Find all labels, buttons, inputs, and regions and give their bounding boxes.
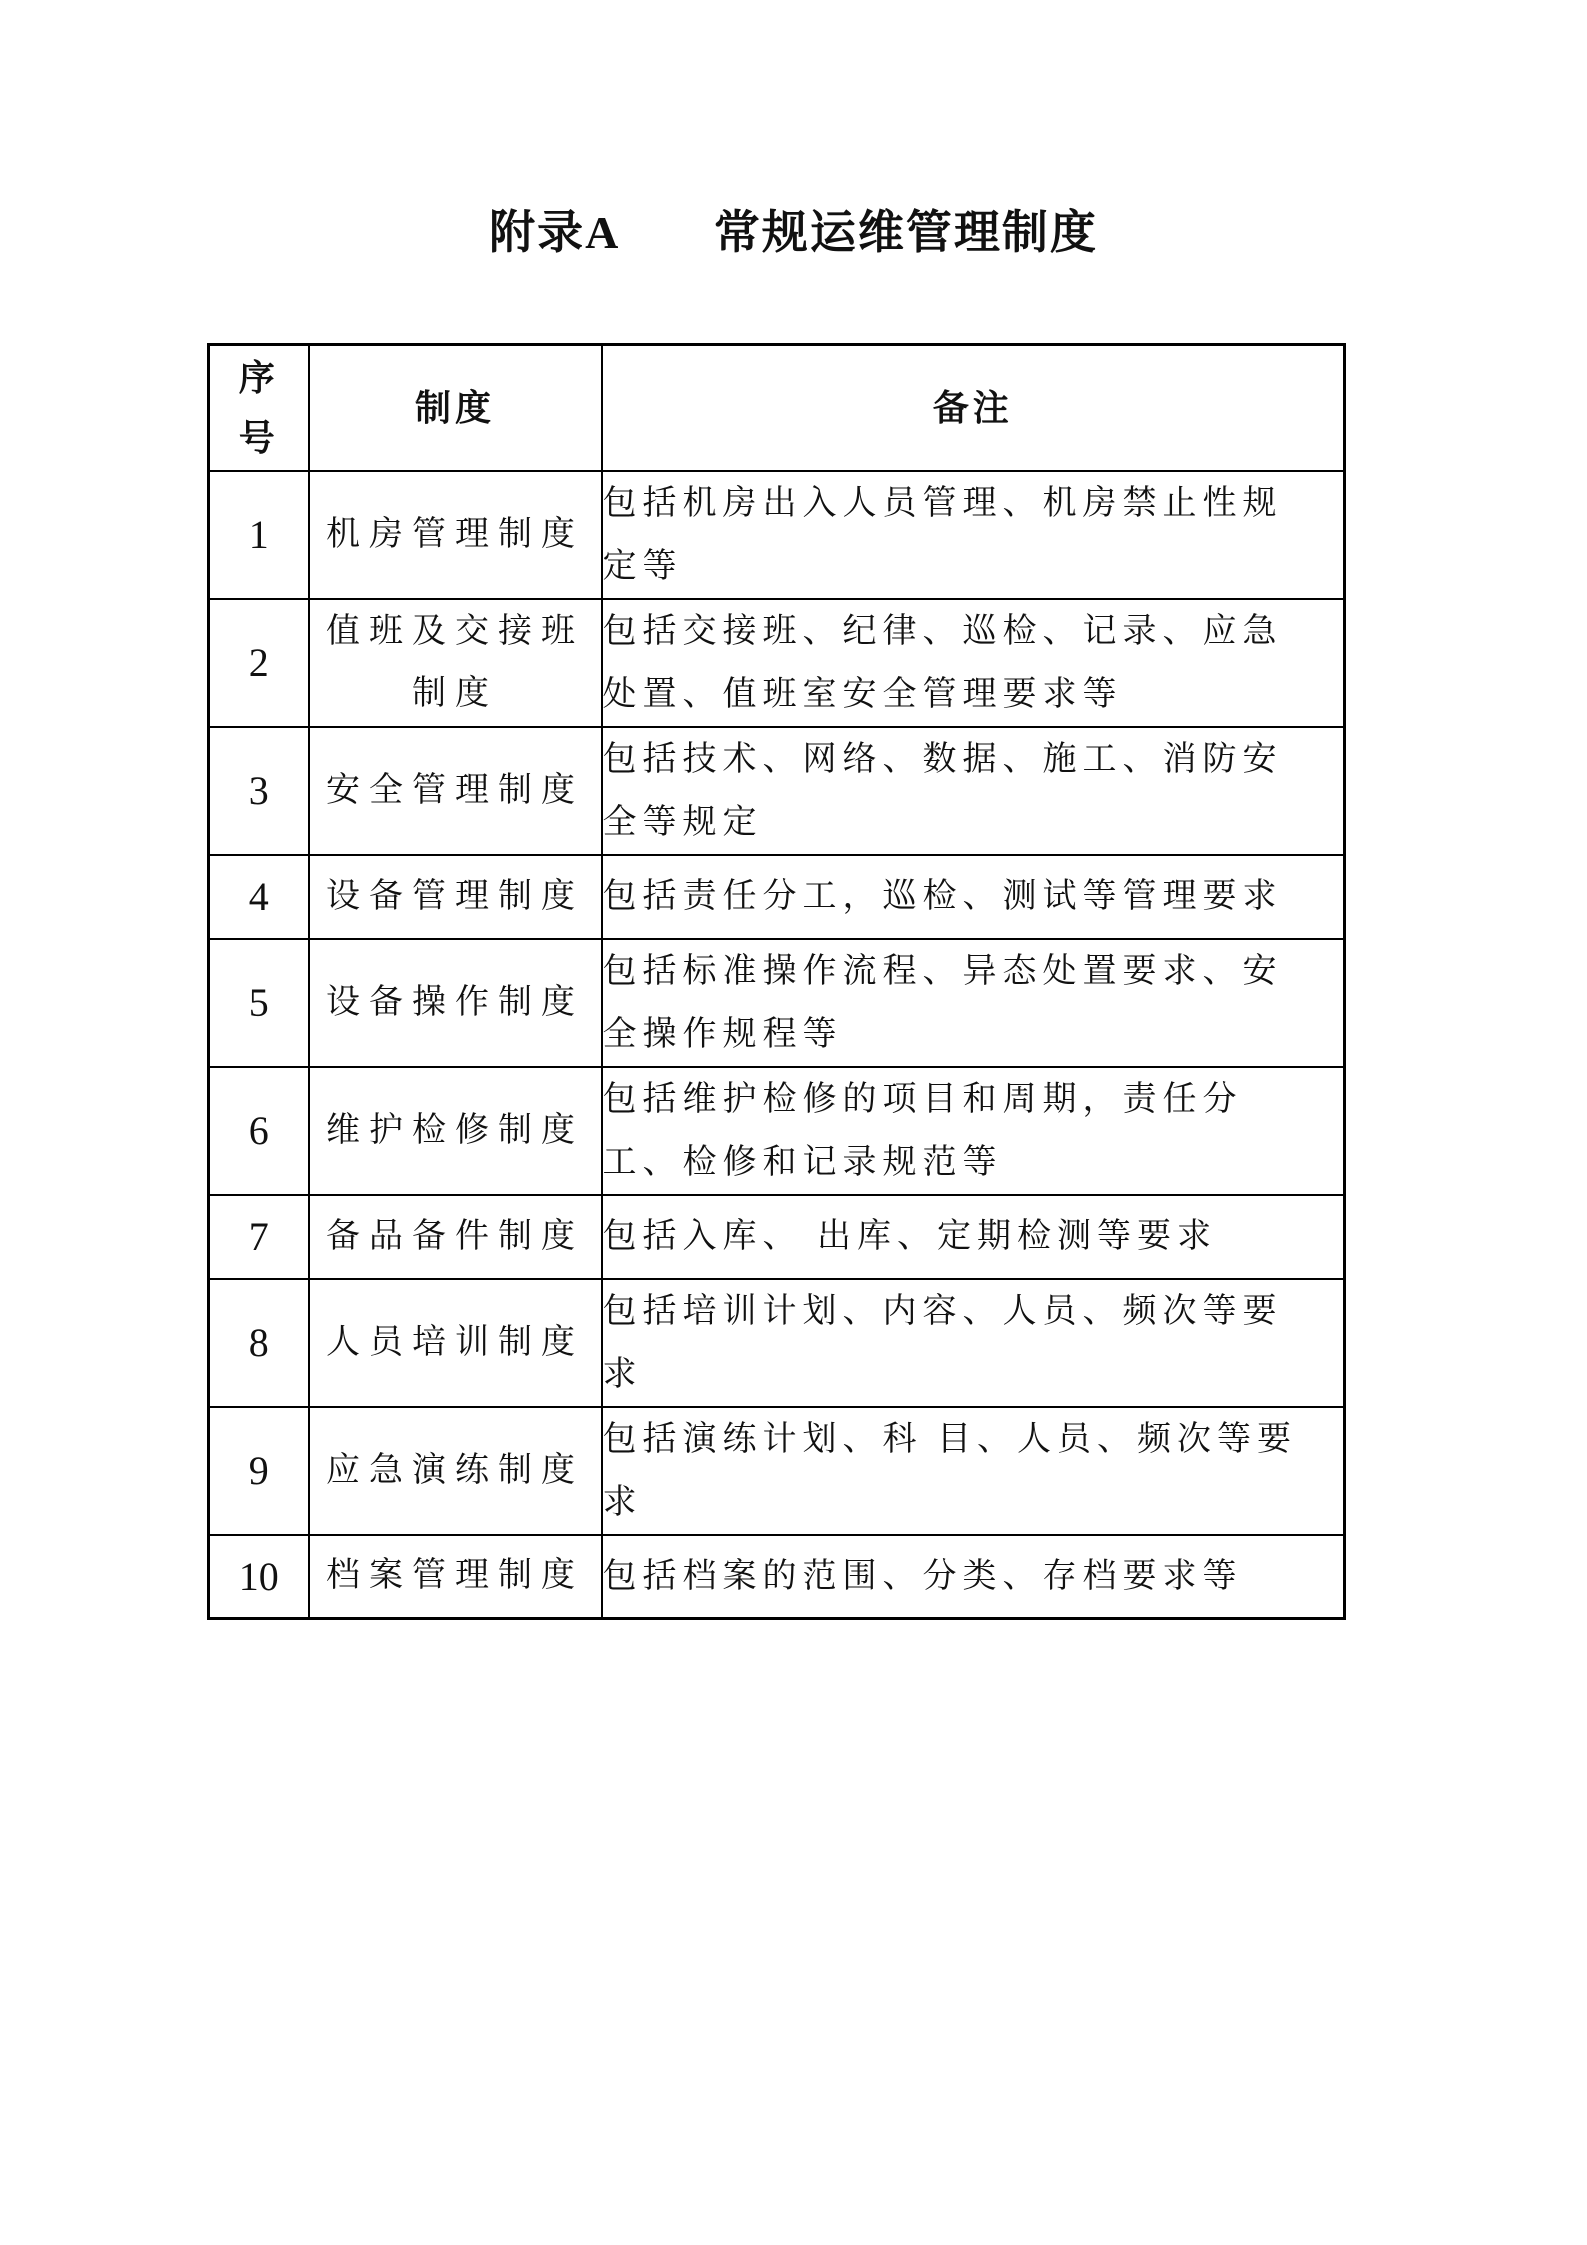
table-row: 4 设备管理制度 包括责任分工，巡检、测试等管理要求 xyxy=(209,855,1345,939)
system-name-cell: 设备管理制度 xyxy=(309,855,602,939)
system-name-cell: 安全管理制度 xyxy=(309,727,602,855)
remark-cell: 包括演练计划、科 目、人员、频次等要 求 xyxy=(602,1407,1345,1535)
row-number-cell: 2 xyxy=(209,599,309,727)
document-page: 附录A 常规运维管理制度 序 号 制度 备注 1 机房管理制度 包括机房出入人员… xyxy=(0,0,1587,2245)
row-number-cell: 9 xyxy=(209,1407,309,1535)
row-number-cell: 8 xyxy=(209,1279,309,1407)
system-name-cell: 备品备件制度 xyxy=(309,1195,602,1279)
appendix-table: 序 号 制度 备注 1 机房管理制度 包括机房出入人员管理、机房禁止性规 定等 … xyxy=(207,343,1346,1620)
remark-cell: 包括入库、 出库、定期检测等要求 xyxy=(602,1195,1345,1279)
remark-cell: 包括机房出入人员管理、机房禁止性规 定等 xyxy=(602,471,1345,599)
table-row: 7 备品备件制度 包括入库、 出库、定期检测等要求 xyxy=(209,1195,1345,1279)
system-name-cell: 档案管理制度 xyxy=(309,1535,602,1619)
system-name-cell: 设备操作制度 xyxy=(309,939,602,1067)
row-number-cell: 1 xyxy=(209,471,309,599)
remark-cell: 包括技术、网络、数据、施工、消防安 全等规定 xyxy=(602,727,1345,855)
page-title: 附录A 常规运维管理制度 xyxy=(0,204,1587,262)
column-header-system: 制度 xyxy=(309,345,602,471)
table-row: 9 应急演练制度 包括演练计划、科 目、人员、频次等要 求 xyxy=(209,1407,1345,1535)
table-row: 1 机房管理制度 包括机房出入人员管理、机房禁止性规 定等 xyxy=(209,471,1345,599)
remark-cell: 包括交接班、纪律、巡检、记录、应急 处置、值班室安全管理要求等 xyxy=(602,599,1345,727)
system-name-cell: 值班及交接班 制度 xyxy=(309,599,602,727)
row-number-cell: 5 xyxy=(209,939,309,1067)
table-row: 2 值班及交接班 制度 包括交接班、纪律、巡检、记录、应急 处置、值班室安全管理… xyxy=(209,599,1345,727)
table-row: 6 维护检修制度 包括维护检修的项目和周期，责任分 工、检修和记录规范等 xyxy=(209,1067,1345,1195)
system-name-cell: 应急演练制度 xyxy=(309,1407,602,1535)
remark-cell: 包括标准操作流程、异态处置要求、安 全操作规程等 xyxy=(602,939,1345,1067)
table-row: 10 档案管理制度 包括档案的范围、分类、存档要求等 xyxy=(209,1535,1345,1619)
column-header-number: 序 号 xyxy=(209,345,309,471)
remark-cell: 包括培训计划、内容、人员、频次等要 求 xyxy=(602,1279,1345,1407)
table-header-row: 序 号 制度 备注 xyxy=(209,345,1345,471)
remark-cell: 包括档案的范围、分类、存档要求等 xyxy=(602,1535,1345,1619)
system-name-cell: 人员培训制度 xyxy=(309,1279,602,1407)
system-name-cell: 机房管理制度 xyxy=(309,471,602,599)
system-name-cell: 维护检修制度 xyxy=(309,1067,602,1195)
row-number-cell: 7 xyxy=(209,1195,309,1279)
column-header-remark: 备注 xyxy=(602,345,1345,471)
table-row: 5 设备操作制度 包括标准操作流程、异态处置要求、安 全操作规程等 xyxy=(209,939,1345,1067)
row-number-cell: 3 xyxy=(209,727,309,855)
row-number-cell: 6 xyxy=(209,1067,309,1195)
row-number-cell: 4 xyxy=(209,855,309,939)
remark-cell: 包括维护检修的项目和周期，责任分 工、检修和记录规范等 xyxy=(602,1067,1345,1195)
table-row: 3 安全管理制度 包括技术、网络、数据、施工、消防安 全等规定 xyxy=(209,727,1345,855)
remark-cell: 包括责任分工，巡检、测试等管理要求 xyxy=(602,855,1345,939)
row-number-cell: 10 xyxy=(209,1535,309,1619)
table-row: 8 人员培训制度 包括培训计划、内容、人员、频次等要 求 xyxy=(209,1279,1345,1407)
